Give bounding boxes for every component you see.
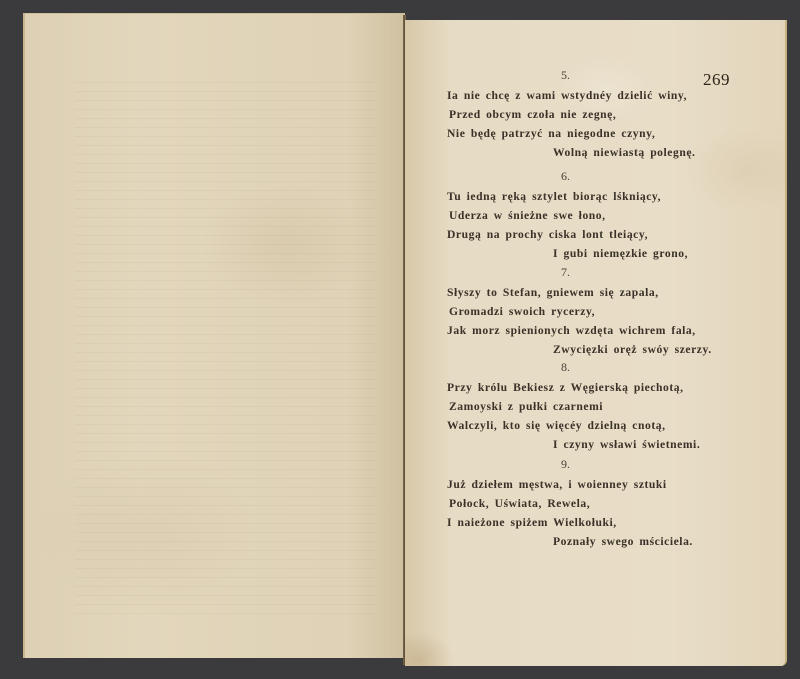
verse-line: Tu iedną ręką sztylet biorąc lśkniący,: [447, 187, 661, 206]
stanza-number: 8.: [561, 358, 570, 377]
verse-line: Drugą na prochy ciska lont tleiący,: [447, 225, 648, 244]
verse-line: Ia nie chcę z wami wstydnéy dzielić winy…: [447, 86, 687, 105]
verse-line: Zamoyski z pułki czarnemi: [449, 397, 603, 416]
verse-line: Przed obcym czoła nie zegnę,: [449, 105, 616, 124]
verse-line: Walczyli, kto się więcéy dzielną cnotą,: [447, 416, 666, 435]
verse-line: Słyszy to Stefan, gniewem się zapala,: [447, 283, 659, 302]
verse-line: Połock, Uświata, Rewela,: [449, 494, 590, 513]
verse-line: I naieżone spiżem Wielkołuki,: [447, 513, 617, 532]
verse-line: I czyny wsławi świetnemi.: [553, 435, 700, 454]
verse-line: Poznały swego mściciela.: [553, 532, 693, 551]
verse-line: Gromadzi swoich rycerzy,: [449, 302, 595, 321]
verse-line: I gubi niemęzkie grono,: [553, 244, 688, 263]
stanza-number: 9.: [561, 455, 570, 474]
right-page: 269 5. Ia nie chcę z wami wstydnéy dziel…: [405, 20, 787, 666]
verse-line: Wolną niewiastą polegnę.: [553, 143, 696, 162]
verse-line: Zwycięzki oręż swóy szerzy.: [553, 340, 712, 359]
verse-line: Jak morz spienionych wzdęta wichrem fala…: [447, 321, 696, 340]
verse-line: Już dziełem męstwa, i woienney sztuki: [447, 475, 667, 494]
verse-line: Przy królu Bekiesz z Węgierską piechotą,: [447, 378, 684, 397]
stanza-number: 6.: [561, 167, 570, 186]
verse-line: Uderza w śnieżne swe łono,: [449, 206, 606, 225]
bleed-through-text: [75, 74, 375, 614]
page-number: 269: [703, 70, 730, 90]
left-page: [23, 13, 405, 658]
stanza-number: 7.: [561, 263, 570, 282]
verse-line: Nie będę patrzyć na niegodne czyny,: [447, 124, 655, 143]
stanza-number: 5.: [561, 66, 570, 85]
